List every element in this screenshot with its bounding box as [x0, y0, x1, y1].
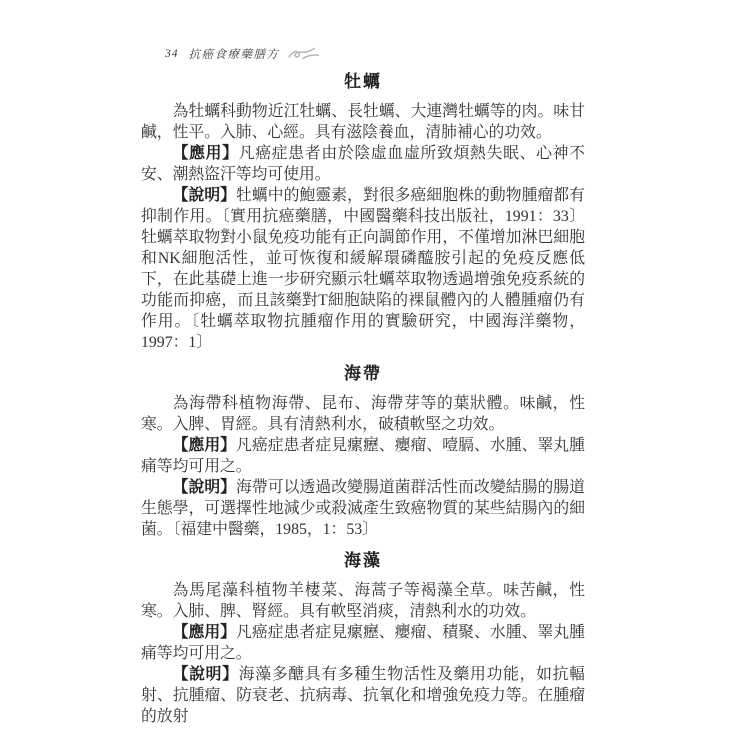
entry-title: 牡蠣 [141, 72, 585, 92]
entry-explanation: 【說明】海帶可以透過改變腸道菌群活性而改變結腸的腸道生態學，可選擇性地減少或殺滅… [141, 477, 585, 540]
entry-application: 【應用】凡癌症患者由於陰虛血虛所致煩熱失眠、心神不安、潮熱盜汗等均可使用。 [141, 143, 585, 185]
page-number: 34 [165, 48, 179, 60]
entry-kelp: 海帶 為海帶科植物海帶、昆布、海帶芽等的葉狀體。味鹹，性寒。入脾、胃經。具有清熱… [141, 364, 585, 540]
running-title: 抗癌食療藥膳方 [189, 46, 280, 62]
entry-explanation: 【說明】牡蠣中的鮑靈素，對很多癌細胞株的動物腫瘤都有抑制作用。〔實用抗癌藥膳，中… [141, 185, 585, 353]
header-flourish-icon [288, 47, 320, 61]
explanation-label: 【說明】 [173, 666, 239, 683]
application-label: 【應用】 [173, 145, 239, 162]
application-label: 【應用】 [173, 437, 236, 454]
entry-title: 海藻 [141, 551, 585, 571]
entry-application: 【應用】凡癌症患者症見瘰癧、癭瘤、積聚、水腫、睪丸腫痛等均可用之。 [141, 622, 585, 664]
entry-intro: 為海帶科植物海帶、昆布、海帶芽等的葉狀體。味鹹，性寒。入脾、胃經。具有清熱利水，… [141, 393, 585, 435]
entry-seaweed: 海藻 為馬尾藻科植物羊棲菜、海蒿子等褐藻全草。味苦鹹，性寒。入肺、脾、腎經。具有… [141, 551, 585, 727]
explanation-label: 【說明】 [173, 479, 236, 496]
page-content: 34 抗癌食療藥膳方 牡蠣 為牡蠣科動物近江牡蠣、長牡蠣、大連灣牡蠣等的肉。味甘… [141, 46, 585, 727]
entry-application: 【應用】凡癌症患者症見瘰癧、癭瘤、噎膈、水腫、睪丸腫痛等均可用之。 [141, 435, 585, 477]
explanation-label: 【說明】 [173, 187, 236, 204]
entry-oyster: 牡蠣 為牡蠣科動物近江牡蠣、長牡蠣、大連灣牡蠣等的肉。味甘鹹，性平。入肺、心經。… [141, 72, 585, 353]
entry-explanation: 【說明】海藻多醣具有多種生物活性及藥用功能，如抗輻射、抗腫瘤、防衰老、抗病毒、抗… [141, 664, 585, 727]
entry-title: 海帶 [141, 364, 585, 384]
entry-intro: 為牡蠣科動物近江牡蠣、長牡蠣、大連灣牡蠣等的肉。味甘鹹，性平。入肺、心經。具有滋… [141, 101, 585, 143]
entry-intro: 為馬尾藻科植物羊棲菜、海蒿子等褐藻全草。味苦鹹，性寒。入肺、脾、腎經。具有軟堅消… [141, 580, 585, 622]
running-header: 34 抗癌食療藥膳方 [141, 46, 585, 61]
application-label: 【應用】 [173, 624, 236, 641]
explanation-text: 牡蠣中的鮑靈素，對很多癌細胞株的動物腫瘤都有抑制作用。〔實用抗癌藥膳，中國醫藥科… [141, 187, 585, 351]
book-page: 34 抗癌食療藥膳方 牡蠣 為牡蠣科動物近江牡蠣、長牡蠣、大連灣牡蠣等的肉。味甘… [0, 0, 750, 750]
